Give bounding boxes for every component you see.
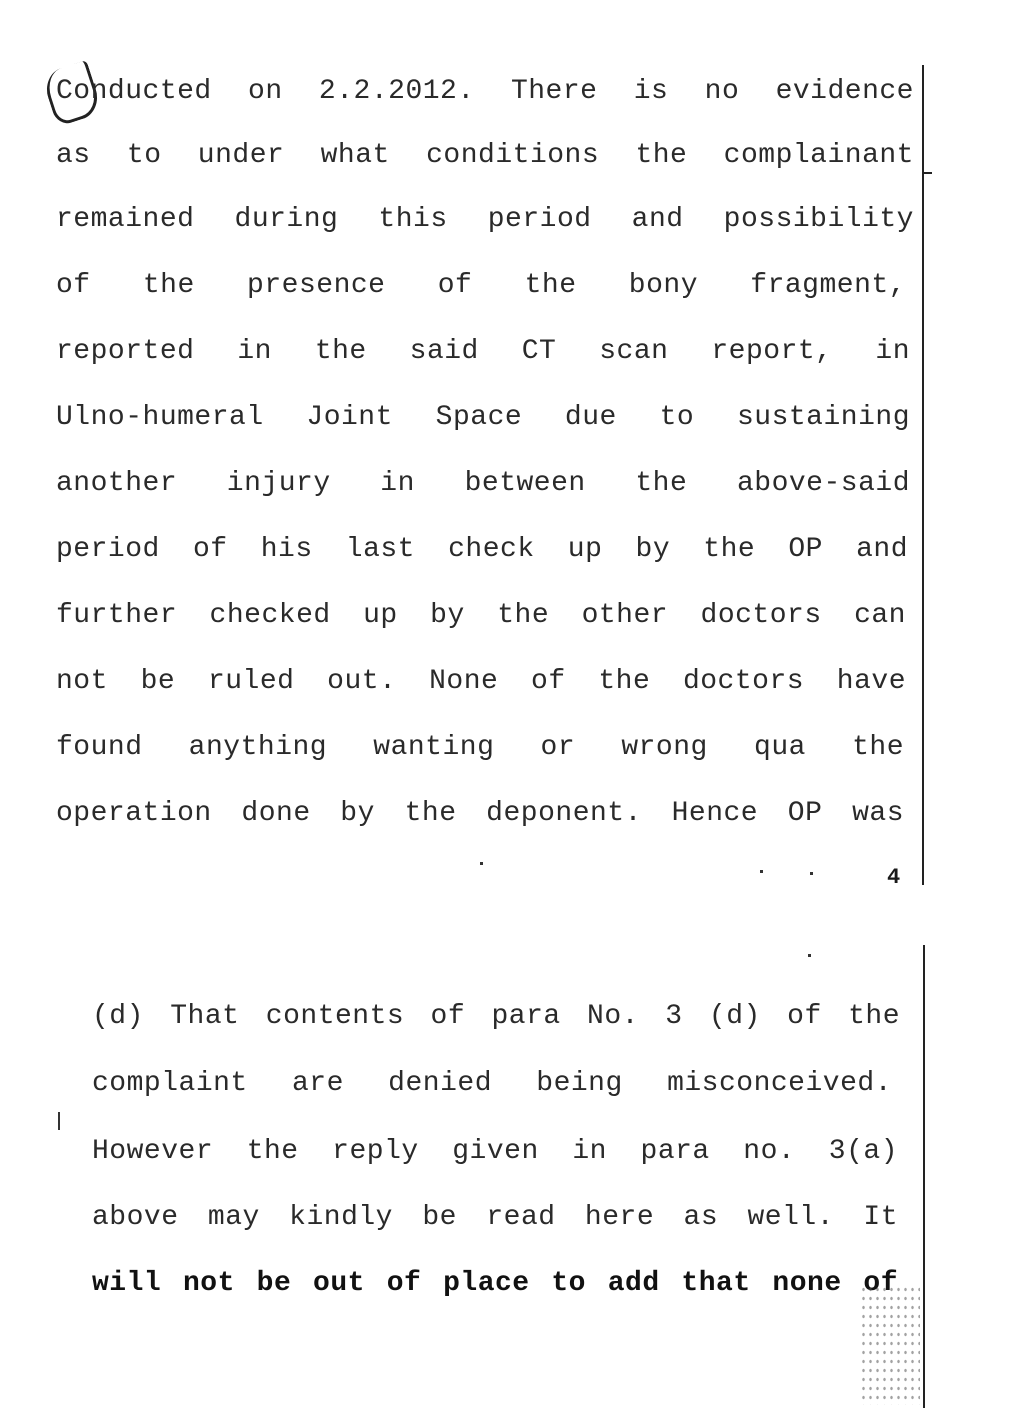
scan-speck [810,872,813,875]
text-line: remained during this period and possibil… [56,206,914,234]
text-line: not be ruled out. None of the doctors ha… [56,668,906,696]
text-line: period of his last check up by the OP an… [56,536,908,564]
page-number: 4 [887,865,900,890]
text-line: reported in the said CT scan report, in [56,338,910,366]
margin-tick [924,172,932,174]
right-margin-line [922,65,924,885]
scan-mark [58,1112,60,1130]
scan-speck [760,870,763,873]
scan-noise [860,1285,920,1405]
text-line: (d) That contents of para No. 3 (d) of t… [92,1003,900,1031]
text-line: However the reply given in para no. 3(a) [92,1138,898,1166]
text-line-bold: will not be out of place to add that non… [92,1270,898,1298]
text-line: Conducted on 2.2.2012. There is no evide… [56,78,914,106]
page-top: Conducted on 2.2.2012. There is no evide… [0,0,1014,900]
text-line: above may kindly be read here as well. I… [92,1204,898,1232]
text-line: found anything wanting or wrong qua the [56,734,904,762]
text-line: Ulno-humeral Joint Space due to sustaini… [56,404,910,432]
text-line: complaint are denied being misconceived. [92,1070,892,1098]
text-line: further checked up by the other doctors … [56,602,906,630]
text-line: of the presence of the bony fragment, [56,272,906,300]
text-line: as to under what conditions the complain… [56,142,914,170]
text-line: operation done by the deponent. Hence OP… [56,800,904,828]
page-bottom: (d) That contents of para No. 3 (d) of t… [0,940,1014,1408]
scan-speck [808,954,811,957]
right-margin-line [923,945,925,1408]
text-line: another injury in between the above-said [56,470,910,498]
scan-speck [480,862,483,865]
